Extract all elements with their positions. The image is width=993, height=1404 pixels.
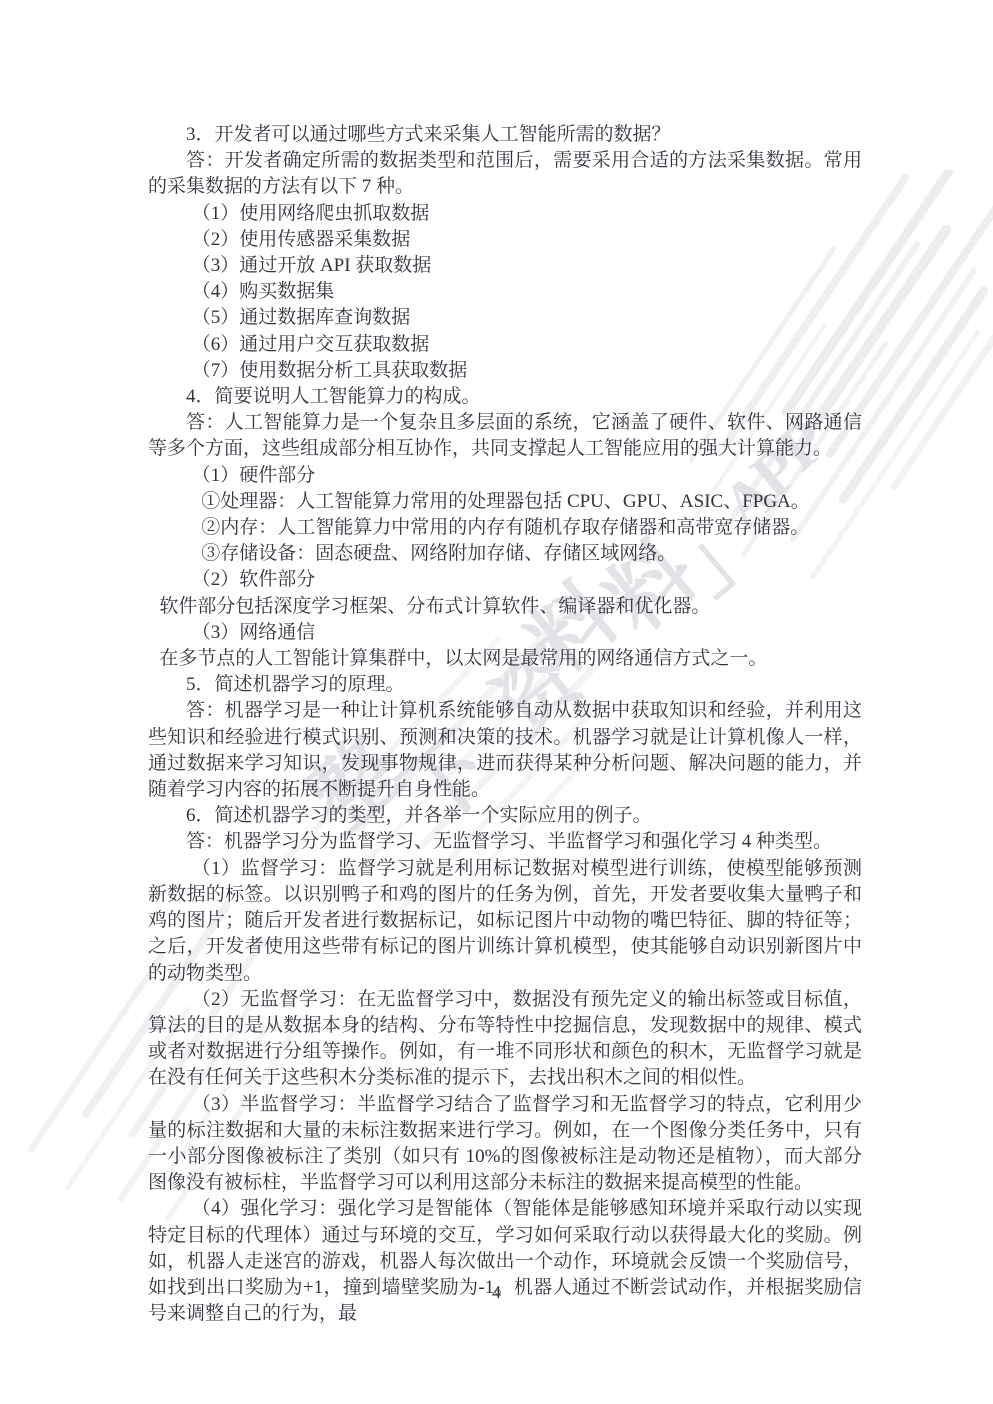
answer-paragraph: 答：人工智能算力是一个复杂且多层面的系统，它涵盖了硬件、软件、网路通信等多个方面… [148,410,862,462]
answer-paragraph: 答：开发者确定所需的数据类型和范围后，需要采用合适的方法采集数据。常用的采集数据… [148,148,862,200]
document-page: 整下资料料」APP 3．开发者可以通过哪些方式来采集人工智能所需的数据？答：开发… [0,0,993,1404]
page-footer: 4 [0,1282,993,1303]
page-number: 4 [492,1282,501,1302]
list-item: （4）强化学习：强化学习是智能体（智能体是能够感知环境并采取行动以实现特定目标的… [148,1196,862,1327]
list-item: （1）监督学习：监督学习就是利用标记数据对模型进行训练，使模型能够预测新数据的标… [148,856,862,987]
list-item: （3）通过开放 API 获取数据 [148,253,862,279]
list-item: （1）硬件部分 [148,463,862,489]
list-item: （2）无监督学习：在无监督学习中，数据没有预先定义的输出标签或目标值，算法的目的… [148,987,862,1092]
sub-list-item: ③存储设备：固态硬盘、网络附加存储、存储区域网络。 [148,541,862,567]
list-item: （3）网络通信 [148,620,862,646]
question-heading: 3．开发者可以通过哪些方式来采集人工智能所需的数据？ [148,122,862,148]
list-item: （5）通过数据库查询数据 [148,305,862,331]
sub-list-item: ②内存：人工智能算力中常用的内存有随机存取存储器和高带宽存储器。 [148,515,862,541]
question-heading: 4．简要说明人工智能算力的构成。 [148,384,862,410]
list-item: （4）购买数据集 [148,279,862,305]
list-item: （1）使用网络爬虫抓取数据 [148,201,862,227]
question-heading: 5．简述机器学习的原理。 [148,672,862,698]
list-item: （6）通过用户交互获取数据 [148,332,862,358]
list-item: （3）半监督学习：半监督学习结合了监督学习和无监督学习的特点，它利用少量的标注数… [148,1092,862,1197]
sub-list-item: ①处理器：人工智能算力常用的处理器包括 CPU、GPU、ASIC、FPGA。 [148,489,862,515]
body-paragraph: 软件部分包括深度学习框架、分布式计算软件、编译器和优化器。 [148,594,862,620]
list-item: （2）使用传感器采集数据 [148,227,862,253]
body-paragraph: 在多节点的人工智能计算集群中，以太网是最常用的网络通信方式之一。 [148,646,862,672]
question-heading: 6．简述机器学习的类型，并各举一个实际应用的例子。 [148,803,862,829]
list-item: （7）使用数据分析工具获取数据 [148,358,862,384]
list-item: （2）软件部分 [148,567,862,593]
answer-paragraph: 答：机器学习分为监督学习、无监督学习、半监督学习和强化学习 4 种类型。 [148,829,862,855]
document-content: 3．开发者可以通过哪些方式来采集人工智能所需的数据？答：开发者确定所需的数据类型… [148,122,862,1327]
answer-paragraph: 答：机器学习是一种让计算机系统能够自动从数据中获取知识和经验，并利用这些知识和经… [148,698,862,803]
